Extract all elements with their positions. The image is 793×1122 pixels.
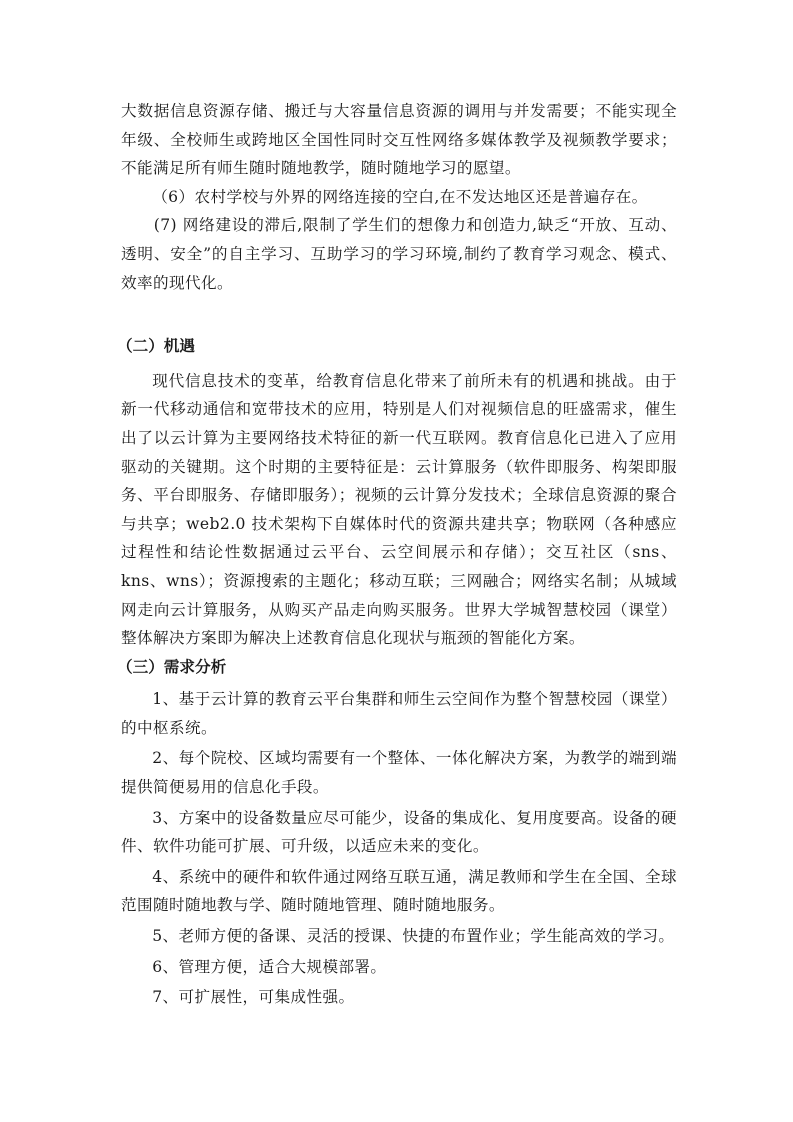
- requirement-item: 2、每个院校、区域均需要有一个整体、一体化解决方案，为教学的端到端提供简便易用的…: [121, 744, 677, 801]
- document-page: 大数据信息资源存储、搬迁与大容量信息资源的调用与并发需要；不能实现全年级、全校师…: [121, 97, 677, 1014]
- section-spacer: [121, 297, 677, 324]
- requirements-list: 1、基于云计算的教育云平台集群和师生云空间作为整个智慧校园（课堂）的中枢系统。 …: [121, 685, 677, 1012]
- requirement-item: 5、老师方便的备课、灵活的授课、快捷的布置作业；学生能高效的学习。: [121, 922, 677, 951]
- intro-item-6: （6）农村学校与外界的网络连接的空白,在不发达地区还是普遍存在。: [121, 183, 677, 212]
- requirement-item: 3、方案中的设备数量应尽可能少，设备的集成化、复用度要高。设备的硬件、软件功能可…: [121, 804, 677, 861]
- intro-continuation-paragraph: 大数据信息资源存储、搬迁与大容量信息资源的调用与并发需要；不能实现全年级、全校师…: [121, 97, 677, 183]
- requirement-item: 7、可扩展性，可集成性强。: [121, 983, 677, 1012]
- requirement-item: 6、管理方便，适合大规模部署。: [121, 953, 677, 982]
- requirement-item: 1、基于云计算的教育云平台集群和师生云空间作为整个智慧校园（课堂）的中枢系统。: [121, 685, 677, 742]
- opportunity-paragraph: 现代信息技术的变革，给教育信息化带来了前所未有的机遇和挑战。由于新一代移动通信和…: [121, 367, 677, 653]
- section-heading-opportunity: （二）机遇: [117, 332, 677, 361]
- requirement-item: 4、系统中的硬件和软件通过网络互联互通，满足教师和学生在全国、全球范围随时随地教…: [121, 863, 677, 920]
- section-heading-requirements: （三）需求分析: [117, 653, 677, 682]
- intro-item-7: (7) 网络建设的滞后,限制了学生们的想像力和创造力,缺乏“开放、互动、透明、安…: [121, 211, 677, 297]
